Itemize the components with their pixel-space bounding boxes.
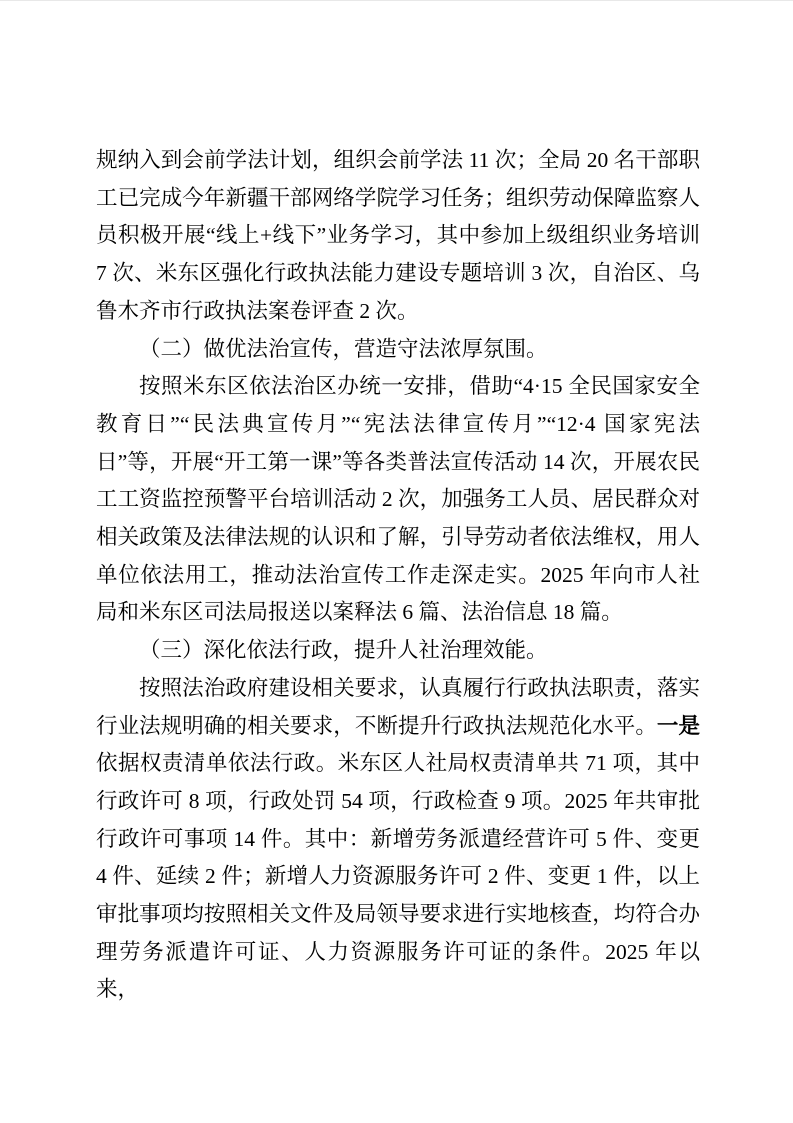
section-heading-2: （二）做优法治宣传，营造守法浓厚氛围。 <box>96 331 700 369</box>
section-heading-3: （三）深化依法行政，提升人社治理效能。 <box>96 632 700 670</box>
document-text-block: 规纳入到会前学法计划，组织会前学法 11 次；全局 20 名干部职工已完成今年新… <box>96 142 700 1009</box>
paragraph-law-publicity: 按照米东区依法治区办统一安排，借助“4·15 全民国家安全教育日”“民法典宣传月… <box>96 368 700 632</box>
paragraph-administration-by-law: 按照法治政府建设相关要求，认真履行行政执法职责，落实行业法规明确的相关要求，不断… <box>96 670 700 1009</box>
paragraph-segment: 依据权责清单依法行政。米东区人社局权责清单共 71 项，其中行政许可 8 项，行… <box>96 751 700 1001</box>
document-page: 规纳入到会前学法计划，组织会前学法 11 次；全局 20 名干部职工已完成今年新… <box>0 0 793 1123</box>
paragraph-segment-bold: 一是 <box>657 714 700 738</box>
paragraph-segment: 按照法治政府建设相关要求，认真履行行政执法职责，落实行业法规明确的相关要求，不断… <box>96 676 700 738</box>
paragraph-continuation: 规纳入到会前学法计划，组织会前学法 11 次；全局 20 名干部职工已完成今年新… <box>96 142 700 331</box>
